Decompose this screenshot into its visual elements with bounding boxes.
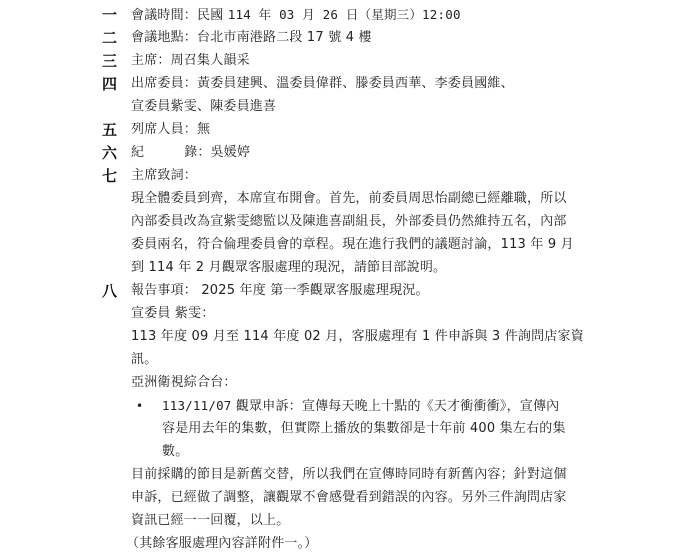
report-speaker: 宣委員 紫雯： xyxy=(131,303,215,325)
chair-speech-line-4: 到 114 年 2 月觀眾客服處理的現況，請節目部說明。 xyxy=(131,257,446,279)
item-number-1: 一 xyxy=(102,4,117,26)
complaint-line-1: 113/11/07 觀眾申訴：宣傳每天晚上十點的《天才衝衝衝》，宣傳內 xyxy=(162,395,559,417)
attendees-line-2: 宣委員紫雯、陳委員進喜 xyxy=(131,96,276,118)
report-channel: 亞洲衛視綜合台： xyxy=(131,372,237,394)
attachment-note: （其餘客服處理內容詳附件一。） xyxy=(126,533,318,555)
recorder-label-b: 錄：吳媛婷 xyxy=(184,145,250,160)
item-number-5: 五 xyxy=(102,119,117,141)
meeting-time: 會議時間：民國 114 年 03 月 26 日（星期三）12:00 xyxy=(131,4,461,26)
item-number-7: 七 xyxy=(102,165,117,187)
recorder: 紀錄：吳媛婷 xyxy=(131,142,250,164)
item-number-6: 六 xyxy=(102,142,117,164)
observers: 列席人員：無 xyxy=(131,119,210,141)
report-heading: 報告事項： 2025 年度 第一季觀眾客服處理現況。 xyxy=(131,280,429,302)
report-summary-line-2: 訊。 xyxy=(131,349,157,371)
item-number-8: 八 xyxy=(102,280,117,302)
response-line-3: 資訊已經一一回覆，以上。 xyxy=(131,510,289,532)
response-line-2: 申訴，已經做了調整，讓觀眾不會感覺看到錯誤的內容。另外三件詢問店家 xyxy=(131,487,567,509)
bullet-icon: • xyxy=(136,395,143,417)
chairperson: 主席：周召集人韻采 xyxy=(131,50,250,72)
item-number-2: 二 xyxy=(102,27,117,49)
report-summary-line-1: 113 年度 09 月至 114 年度 02 月，客服處理有 1 件申訴與 3 … xyxy=(131,326,584,348)
attendees-line-1: 出席委員：黃委員建興、溫委員偉群、滕委員西華、李委員國維、 xyxy=(131,73,514,95)
meeting-location: 會議地點：台北市南港路二段 17 號 4 樓 xyxy=(131,27,372,49)
chair-speech-heading: 主席致詞： xyxy=(131,165,197,187)
complaint-line-3: 數。 xyxy=(162,441,188,463)
recorder-label-a: 紀 xyxy=(131,145,144,160)
complaint-date: 113/11/07 xyxy=(162,398,232,413)
meeting-time-prefix: 民國 xyxy=(197,8,228,23)
meeting-minutes-page: 一 會議時間：民國 114 年 03 月 26 日（星期三）12:00 二 會議… xyxy=(0,0,676,560)
chair-speech-line-3: 委員兩名，符合倫理委員會的章程。現在進行我們的議題討論，113 年 9 月 xyxy=(131,234,574,256)
chair-speech-line-2: 內部委員改為宣紫雯總監以及陳進喜副組長，外部委員仍然維持五名，內部 xyxy=(131,211,567,233)
meeting-time-value: 114 年 03 月 26 日（星期三）12:00 xyxy=(228,7,461,22)
chair-speech-line-1: 現全體委員到齊，本席宣布開會。首先，前委員周思怡副總已經離職，所以 xyxy=(131,188,567,210)
complaint-text: 觀眾申訴：宣傳每天晚上十點的《天才衝衝衝》，宣傳內 xyxy=(232,399,560,414)
meeting-time-label: 會議時間： xyxy=(131,8,197,23)
response-line-1: 目前採購的節目是新舊交替，所以我們在宣傳時同時有新舊內容；針對這個 xyxy=(131,464,567,486)
complaint-line-2: 容是用去年的集數，但實際上播放的集數卻是十年前 400 集左右的集 xyxy=(162,418,566,440)
item-number-3: 三 xyxy=(102,50,117,72)
item-number-4: 四 xyxy=(102,73,117,95)
